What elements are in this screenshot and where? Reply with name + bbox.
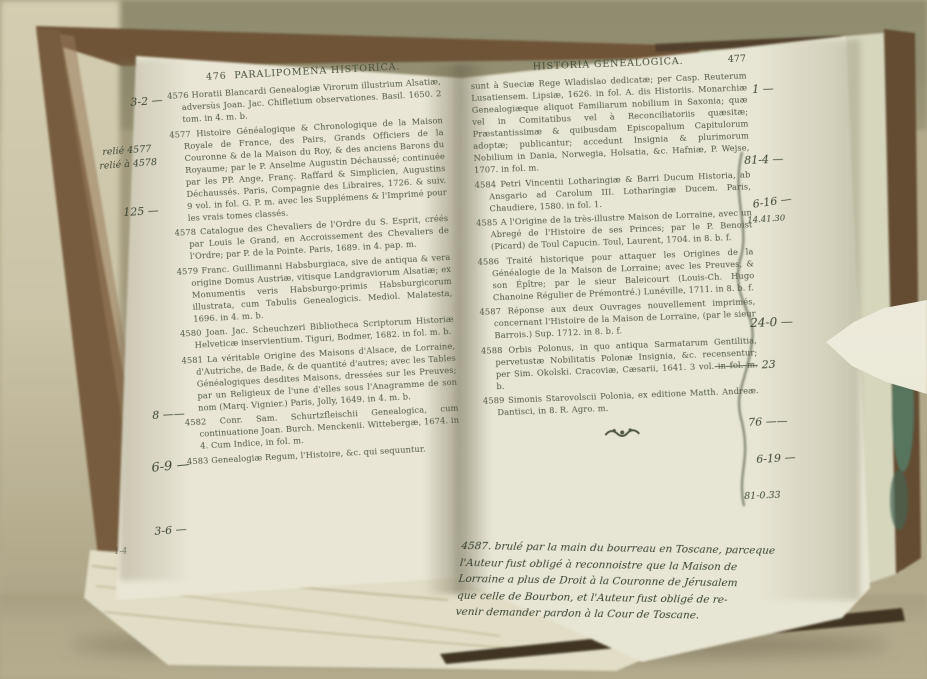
right-page-number: 477 [727,53,746,66]
margin-annotation: 81-4 — [744,154,784,167]
right-page: HISTORIA GENEALOGICA. 477 sunt à Sueciæ … [470,53,761,447]
margin-annotation: 81-0.33 [744,490,781,503]
catalog-entry: 4577 Histoire Généalogique & Chronologiq… [169,114,448,225]
margin-annotation: 1 — [752,83,774,96]
photo-scene: 476 PARALIPOMENA HISTORICA. 4576 Horatii… [0,0,927,679]
margin-annotation: 1-4 [114,545,128,558]
margin-annotation: 3-6 — [154,524,187,538]
catalog-entry: 4581 La véritable Origine des Maisons d'… [181,339,458,414]
catalog-entry: 4579 Franc. Guillimanni Habsburgiaca, si… [176,250,453,325]
margin-annotation: 8 —— [152,408,185,422]
cover-marbling-patch [890,470,908,530]
margin-annotation: 76 —— [748,416,788,429]
margin-annotation: 6-9 — [151,459,190,475]
margin-annotation: 125 — [123,205,159,219]
cover-marbling-patch [892,348,914,472]
handwritten-note: 4587. brulé par la main du bourreau en T… [455,538,776,625]
margin-annotation: ———— 23 [714,359,776,373]
left-page-number: 476 [206,71,227,83]
catalog-entry-continuation: sunt à Sueciæ Rege Wladislao dedicatæ; p… [471,69,750,176]
catalog-entry: 4586 Traité historique pour attaquer les… [477,245,755,304]
margin-annotation: 6-19 — [756,452,796,466]
margin-annotation: 3-2 — [130,95,163,109]
left-page: 476 PARALIPOMENA HISTORICA. 4576 Horatii… [166,59,461,469]
margin-annotation: 24-0 — [750,316,793,329]
